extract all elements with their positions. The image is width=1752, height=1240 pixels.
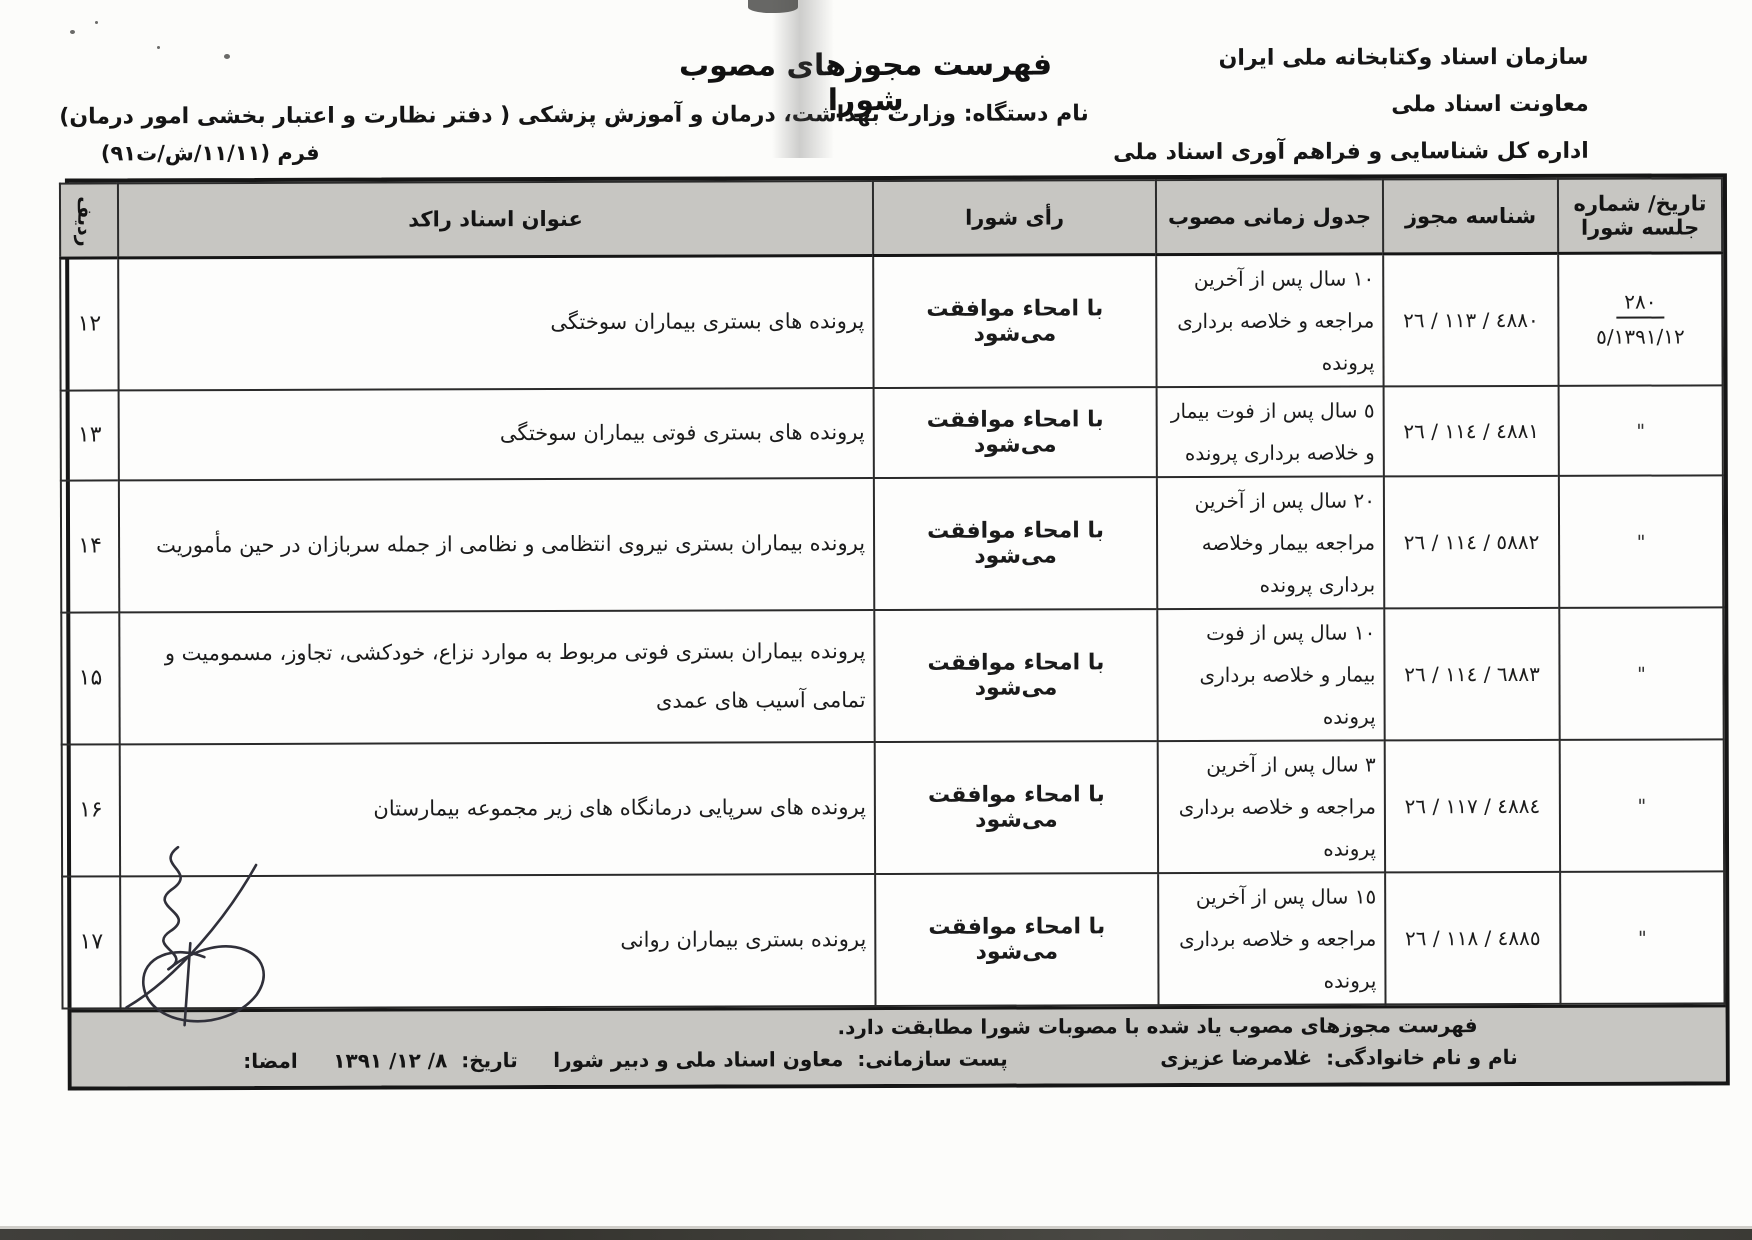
scan-shadow-band xyxy=(772,0,834,158)
cell-vote: با امحاء موافقت می‌شود xyxy=(874,609,1157,742)
cell-doc-title: پرونده بیماران بستری نیروی انتظامی و نظا… xyxy=(119,478,874,612)
cell-permit-id: ۲٦ / ۱۱٦ / ٤۸۸۳ xyxy=(1384,607,1559,740)
cell-row-no: ۱۴ xyxy=(61,480,119,612)
name-value: غلامرضا عزیزی xyxy=(1160,1045,1312,1069)
agency-subtitle: نام دستگاه: وزارت بهداشت، درمان و آموزش … xyxy=(59,101,1089,129)
scan-content: سازمان اسناد وکتابخانه ملی ایران معاونت … xyxy=(0,0,1752,1240)
cell-row-no: ۱۳ xyxy=(61,390,119,480)
cell-row-no: ۱۵ xyxy=(61,612,119,744)
header-vote: رأی شورا xyxy=(873,180,1156,255)
ditto-mark: " xyxy=(1637,663,1646,685)
cell-schedule: ۳ سال پس از آخرین مراجعه و خلاصه برداری … xyxy=(1158,740,1385,873)
cell-session-date: " xyxy=(1559,607,1723,740)
table-row: " ۲٦ / ۱۱۷ / ٤۸۸٤ ۳ سال پس از آخرین مراج… xyxy=(62,739,1724,876)
scanner-edge-strip xyxy=(0,1229,1752,1240)
post-label: پست سازمانی: xyxy=(857,1046,1007,1070)
scan-speck xyxy=(70,30,75,34)
date-label: تاریخ: xyxy=(461,1048,518,1072)
header-doc-title: عنوان اسناد راکد xyxy=(118,181,873,257)
cell-permit-id: ۲٦ / ۱۱۷ / ٤۸۸٤ xyxy=(1385,739,1560,872)
cell-permit-id: ۲٦ / ۱۱۸ / ٤۸۸٥ xyxy=(1385,871,1560,1004)
cell-session-date: ۲۸۰ ۱۳۹۱/۱۲/٥ xyxy=(1558,252,1722,385)
header-row-no: ردیف xyxy=(60,183,118,257)
scan-blob-artifact xyxy=(748,0,798,13)
cell-doc-title: پرونده های بستری فوتی بیماران سوختگی xyxy=(119,388,874,480)
ditto-mark: " xyxy=(1637,795,1646,817)
ditto-mark: " xyxy=(1637,531,1646,553)
permits-table: تاریخ/ شماره جلسه شورا شناسه مجوز جدول ز… xyxy=(59,177,1726,1009)
letterhead: سازمان اسناد وکتابخانه ملی ایران معاونت … xyxy=(1113,34,1589,176)
header-date-session-l1: تاریخ/ شماره xyxy=(1567,191,1713,215)
header-row-no-label: ردیف xyxy=(73,196,95,247)
cell-vote: با امحاء موافقت می‌شود xyxy=(874,477,1157,610)
cell-doc-title: پرونده های بستری بیماران سوختگی xyxy=(118,255,873,390)
session-number: ۲۸۰ xyxy=(1616,290,1664,319)
cell-vote: با امحاء موافقت می‌شود xyxy=(873,254,1156,387)
header-date-session: تاریخ/ شماره جلسه شورا xyxy=(1558,178,1722,253)
ditto-mark: " xyxy=(1638,927,1647,949)
cell-vote: با امحاء موافقت می‌شود xyxy=(875,873,1158,1006)
scan-speck xyxy=(224,54,230,59)
permits-table-wrap: تاریخ/ شماره جلسه شورا شناسه مجوز جدول ز… xyxy=(65,173,1730,1090)
letterhead-deputy: معاونت اسناد ملی xyxy=(1113,81,1589,129)
letterhead-org: سازمان اسناد وکتابخانه ملی ایران xyxy=(1113,34,1589,82)
cell-permit-id: ۲٦ / ۱۱۳ / ٤۸۸۰ xyxy=(1383,253,1558,386)
cell-session-date: " xyxy=(1559,475,1723,608)
form-number: فرم (۱۱/۱۱/ش/ت۹۱) xyxy=(101,141,320,166)
cell-schedule: ٥ سال پس از فوت بیمار و خلاصه برداری پرو… xyxy=(1157,386,1384,477)
header-date-session-l2: جلسه شورا xyxy=(1567,215,1713,239)
cell-vote: با امحاء موافقت می‌شود xyxy=(874,387,1157,478)
approver-post: پست سازمانی: معاون اسناد ملی و دبیر شورا xyxy=(553,1046,1007,1071)
name-label: نام و نام خانوادگی: xyxy=(1326,1044,1518,1069)
table-row: " ۲٦ / ۱۱٥ / ٤۸۸۲ ۲۰ سال پس از آخرین مرا… xyxy=(61,475,1723,612)
signature-label: امضا: xyxy=(243,1048,298,1072)
date-value: ۸/ ۱۲/ ۱۳۹۱ xyxy=(333,1048,447,1072)
ditto-mark: " xyxy=(1636,420,1645,442)
cell-schedule: ۲۰ سال پس از آخرین مراجعه بیمار وخلاصه ب… xyxy=(1157,476,1384,609)
table-row: ۲۸۰ ۱۳۹۱/۱۲/٥ ۲٦ / ۱۱۳ / ٤۸۸۰ ۱۰ سال پس … xyxy=(60,252,1722,390)
scan-speck xyxy=(95,21,98,24)
cell-schedule: ۱۰ سال پس از آخرین مراجعه و خلاصه برداری… xyxy=(1156,253,1383,386)
approval-statement: فهرست مجوزهای مصوب یاد شده با مصوبات شور… xyxy=(837,1013,1477,1039)
cell-session-date: " xyxy=(1559,385,1723,476)
approver-name: نام و نام خانوادگی: غلامرضا عزیزی xyxy=(1160,1044,1518,1069)
header-permit-id: شناسه مجوز xyxy=(1383,179,1558,254)
scan-speck xyxy=(157,46,160,49)
approval-footer: فهرست مجوزهای مصوب یاد شده با مصوبات شور… xyxy=(72,1004,1726,1086)
cell-vote: با امحاء موافقت می‌شود xyxy=(875,741,1158,874)
cell-row-no: ۱۲ xyxy=(60,257,118,390)
letterhead-office: اداره کل شناسایی و فراهم آوری اسناد ملی xyxy=(1113,128,1589,176)
signature-scribble xyxy=(106,827,297,1033)
table-row: " ۲٦ / ۱۱٦ / ٤۸۸۳ ۱۰ سال پس از فوت بیمار… xyxy=(61,607,1723,744)
cell-schedule: ۱۰ سال پس از فوت بیمار و خلاصه برداری پر… xyxy=(1157,608,1384,741)
approval-date: تاریخ: ۸/ ۱۲/ ۱۳۹۱ xyxy=(333,1048,518,1073)
cell-session-date: " xyxy=(1560,739,1724,872)
table-row: " ۲٦ / ۱۱۸ / ٤۸۸٥ ۱٥ سال پس از آخرین مرا… xyxy=(62,871,1724,1008)
cell-doc-title: پرونده بیماران بستری فوتی مربوط به موارد… xyxy=(119,610,874,744)
cell-permit-id: ۲٦ / ۱۱٤ / ٤۸۸۱ xyxy=(1384,385,1559,476)
table-header-row: تاریخ/ شماره جلسه شورا شناسه مجوز جدول ز… xyxy=(60,178,1722,257)
session-date: ۱۳۹۱/۱۲/٥ xyxy=(1567,324,1713,348)
cell-permit-id: ۲٦ / ۱۱٥ / ٤۸۸۲ xyxy=(1384,475,1559,608)
cell-schedule: ۱٥ سال پس از آخرین مراجعه و خلاصه برداری… xyxy=(1158,872,1385,1005)
post-value: معاون اسناد ملی و دبیر شورا xyxy=(553,1047,843,1072)
cell-session-date: " xyxy=(1560,871,1724,1004)
header-schedule: جدول زمانی مصوب xyxy=(1156,179,1383,254)
scanned-document-page: سازمان اسناد وکتابخانه ملی ایران معاونت … xyxy=(0,0,1752,1240)
table-row: " ۲٦ / ۱۱٤ / ٤۸۸۱ ٥ سال پس از فوت بیمار … xyxy=(61,385,1723,480)
